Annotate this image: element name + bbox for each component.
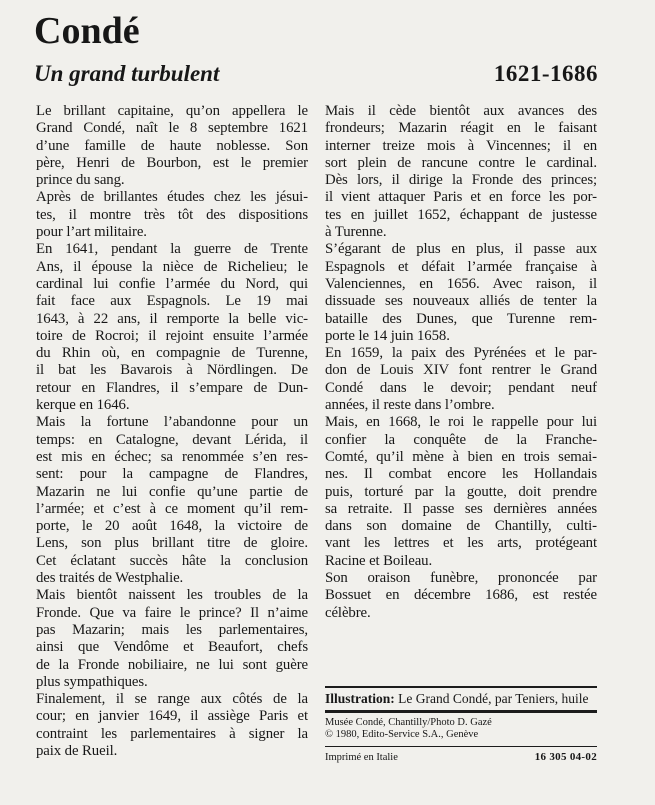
text-line: Mais il cède bientôt aux avances des [325, 103, 597, 120]
text-line: Cet éclatant succès hâte la conclusion [36, 553, 308, 570]
text-line: Fronde. Que va faire le prince? Il n’aim… [36, 605, 308, 622]
text-line: confier la conquête de la Franche- [325, 432, 597, 449]
text-line: sent: pour la campagne de Flandres, [36, 466, 308, 483]
illustration-caption: Illustration: Le Grand Condé, par Tenier… [325, 688, 597, 710]
paragraph: Mais bientôt naissent les troubles de la… [36, 587, 308, 691]
text-line: cour; en janvier 1649, il assiège Paris … [36, 708, 308, 725]
credit-museum: Musée Condé, Chantilly/Photo D. Gazé [325, 717, 597, 729]
text-line: Comté, qu’il mène à bien en trois semai- [325, 449, 597, 466]
credits: Musée Condé, Chantilly/Photo D. Gazé © 1… [325, 713, 597, 746]
text-line: Mais bientôt naissent les troubles de la [36, 587, 308, 604]
text-line: Mais la fortune l’abandonne pour un [36, 414, 308, 431]
paragraph: Finalement, il se range aux côtés de lac… [36, 691, 308, 760]
text-line: à Turenne. [325, 224, 597, 241]
paragraph: En 1641, pendant la guerre de TrenteAns,… [36, 241, 308, 414]
text-line: Finalement, il se range aux côtés de la [36, 691, 308, 708]
text-line: Espagnols et défait l’armée française à [325, 259, 597, 276]
text-line: toire de Rocroi; il rejoint ensuite l’ar… [36, 328, 308, 345]
text-line: temps: en Catalogne, devant Lérida, il [36, 432, 308, 449]
text-line: porte, le 20 août 1648, la victoire de [36, 518, 308, 535]
text-line: du Rhin où, en compagnie de Turenne, [36, 345, 308, 362]
printed-in: Imprimé en Italie [325, 752, 398, 763]
text-line: Mais, en 1668, le roi le rappelle pour l… [325, 414, 597, 431]
text-line: interner treize mois à Vincennes; il en [325, 138, 597, 155]
text-line: il bat les Bavarois à Nördlingen. De [36, 362, 308, 379]
text-line: Valenciennes, en 1656. Avec raison, il [325, 276, 597, 293]
text-line: Son oraison funèbre, prononcée par [325, 570, 597, 587]
text-line: pour l’art militaire. [36, 224, 308, 241]
text-line: cardinal lui confie l’armée du Nord, qui [36, 276, 308, 293]
text-line: Racine et Boileau. [325, 553, 597, 570]
text-line: sa retraite. Il passe ses dernières anné… [325, 501, 597, 518]
life-dates: 1621-1686 [494, 61, 598, 87]
illustration-label: Illustration: [325, 691, 395, 706]
divider [325, 746, 597, 747]
document-page: Condé Un grand turbulent 1621-1686 Le br… [0, 0, 655, 805]
text-line: frondeurs; Mazarin réagit en le faisant [325, 120, 597, 137]
text-line: tes en juillet 1652, échappant de justes… [325, 207, 597, 224]
text-line: bataille des Dunes, que Turenne rem- [325, 311, 597, 328]
page-title: Condé [34, 10, 140, 52]
page-subtitle: Un grand turbulent [34, 61, 219, 87]
text-line: années, il reste dans l’ombre. [325, 397, 597, 414]
text-line: Lens, son plus brillant titre de gloire. [36, 535, 308, 552]
text-line: Bossuet en décembre 1686, est restée [325, 587, 597, 604]
text-line: nes. Il combat encore les Hollandais [325, 466, 597, 483]
right-column: Mais il cède bientôt aux avances desfron… [325, 103, 597, 760]
text-line: des traités de Westphalie. [36, 570, 308, 587]
text-line: Ans, il épouse la nièce de Richelieu; le [36, 259, 308, 276]
text-line: sort plein de rancune contre le cardinal… [325, 155, 597, 172]
illustration-caption-text: Le Grand Condé, par Teniers, huile [398, 691, 588, 706]
paragraph: S’égarant de plus en plus, il passe auxE… [325, 241, 597, 345]
text-line: prince du sang. [36, 172, 308, 189]
text-line: vant les lettres et les arts, protégeant [325, 535, 597, 552]
credit-copyright: © 1980, Edito-Service S.A., Genève [325, 729, 597, 741]
text-line: ainsi que Vendôme et Beaufort, chefs [36, 639, 308, 656]
text-line: Dès lors, il dirige la Fronde des prince… [325, 172, 597, 189]
text-line: S’égarant de plus en plus, il passe aux [325, 241, 597, 258]
text-line: Mazarin ne lui confie qu’une partie de [36, 484, 308, 501]
body-text: Le brillant capitaine, qu’on appellera l… [36, 103, 597, 760]
text-line: il vient attaquer Paris et en force les … [325, 189, 597, 206]
text-line: dans son domaine de Chantilly, culti- [325, 518, 597, 535]
paragraph: Son oraison funèbre, prononcée parBossue… [325, 570, 597, 622]
text-line: 1643, à 22 ans, il remporte la belle vic… [36, 311, 308, 328]
text-line: tes, il montre très tôt des dispositions [36, 207, 308, 224]
text-line: porte le 14 juin 1658. [325, 328, 597, 345]
text-line: retour en Flandres, il s’empare de Dun- [36, 380, 308, 397]
text-line: fait face aux Espagnols. Le 19 mai [36, 293, 308, 310]
paragraph: Mais la fortune l’abandonne pour untemps… [36, 414, 308, 587]
paragraph: Mais, en 1668, le roi le rappelle pour l… [325, 414, 597, 570]
text-line: pas Mazarin; mais les parlementaires, [36, 622, 308, 639]
text-line: est mis en échec; sa renommée s’en res- [36, 449, 308, 466]
paragraph: Après de brillantes études chez les jésu… [36, 189, 308, 241]
text-line: En 1659, la paix des Pyrénées et le par- [325, 345, 597, 362]
text-line: célèbre. [325, 605, 597, 622]
paragraph: Mais il cède bientôt aux avances desfron… [325, 103, 597, 241]
paragraph: Le brillant capitaine, qu’on appellera l… [36, 103, 308, 189]
text-line: de la Fronde nobiliaire, ne lui sont guè… [36, 657, 308, 674]
left-column: Le brillant capitaine, qu’on appellera l… [36, 103, 308, 760]
text-line: don de Louis XIV font rentrer le Grand [325, 362, 597, 379]
text-line: puis, torturé par la goutte, doit prendr… [325, 484, 597, 501]
text-line: plus sympathiques. [36, 674, 308, 691]
text-line: kerque en 1646. [36, 397, 308, 414]
paragraph: En 1659, la paix des Pyrénées et le par-… [325, 345, 597, 414]
text-line: Après de brillantes études chez les jésu… [36, 189, 308, 206]
footer-block: Illustration: Le Grand Condé, par Tenier… [325, 686, 597, 763]
text-line: Condé dans le devoir; pendant neuf [325, 380, 597, 397]
text-line: père, Henri de Bourbon, est le premier [36, 155, 308, 172]
text-line: dissuade ses nouveaux alliés de tenter l… [325, 293, 597, 310]
text-line: paix de Rueil. [36, 743, 308, 760]
text-line: En 1641, pendant la guerre de Trente [36, 241, 308, 258]
text-line: Le brillant capitaine, qu’on appellera l… [36, 103, 308, 120]
text-line: l’armée; et c’est à ce moment qu’il rem- [36, 501, 308, 518]
text-line: d’une famille de haute noblesse. Son [36, 138, 308, 155]
header-subtitle-row: Un grand turbulent 1621-1686 [34, 61, 598, 87]
reference-number: 16 305 04-02 [535, 751, 597, 763]
text-line: Grand Condé, naît le 8 septembre 1621 [36, 120, 308, 137]
text-line: contraint les parlementaires à signer la [36, 726, 308, 743]
imprint-row: Imprimé en Italie 16 305 04-02 [325, 751, 597, 763]
